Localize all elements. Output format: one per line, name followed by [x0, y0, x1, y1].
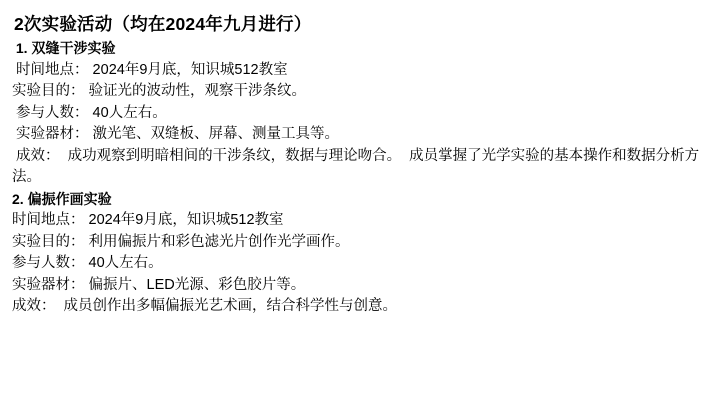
section-double-slit-experiment: 1. 双缝干涉实验 时间地点： 2024年9月底，知识城512教室 实验目的： … — [12, 38, 710, 189]
section-heading-double-slit: 1. 双缝干涉实验 — [12, 38, 710, 60]
field-equipment: 实验器材： 激光笔、双缝板、屏幕、测量工具等。 — [12, 124, 710, 146]
document-title: 2次实验活动（均在2024年九月进行） — [14, 12, 710, 36]
field-results: 成效： 成员创作出多幅偏振光艺术画，结合科学性与创意。 — [12, 296, 710, 318]
field-equipment: 实验器材： 偏振片、LED光源、彩色胶片等。 — [12, 275, 710, 297]
document-page: 2次实验活动（均在2024年九月进行） 1. 双缝干涉实验 时间地点： 2024… — [0, 0, 720, 405]
field-participant-count: 参与人数： 40人左右。 — [12, 253, 710, 275]
field-time-location: 时间地点： 2024年9月底，知识城512教室 — [12, 60, 710, 82]
field-results: 成效： 成功观察到明暗相间的干涉条纹，数据与理论吻合。 成员掌握了光学实验的基本… — [12, 146, 710, 189]
field-participant-count: 参与人数： 40人左右。 — [12, 103, 710, 125]
section-heading-polarization-painting: 2. 偏振作画实验 — [12, 189, 710, 211]
field-experiment-purpose: 实验目的： 验证光的波动性，观察干涉条纹。 — [12, 81, 710, 103]
field-experiment-purpose: 实验目的： 利用偏振片和彩色滤光片创作光学画作。 — [12, 232, 710, 254]
field-time-location: 时间地点： 2024年9月底，知识城512教室 — [12, 210, 710, 232]
section-polarization-painting-experiment: 2. 偏振作画实验 时间地点： 2024年9月底，知识城512教室 实验目的： … — [12, 189, 710, 318]
